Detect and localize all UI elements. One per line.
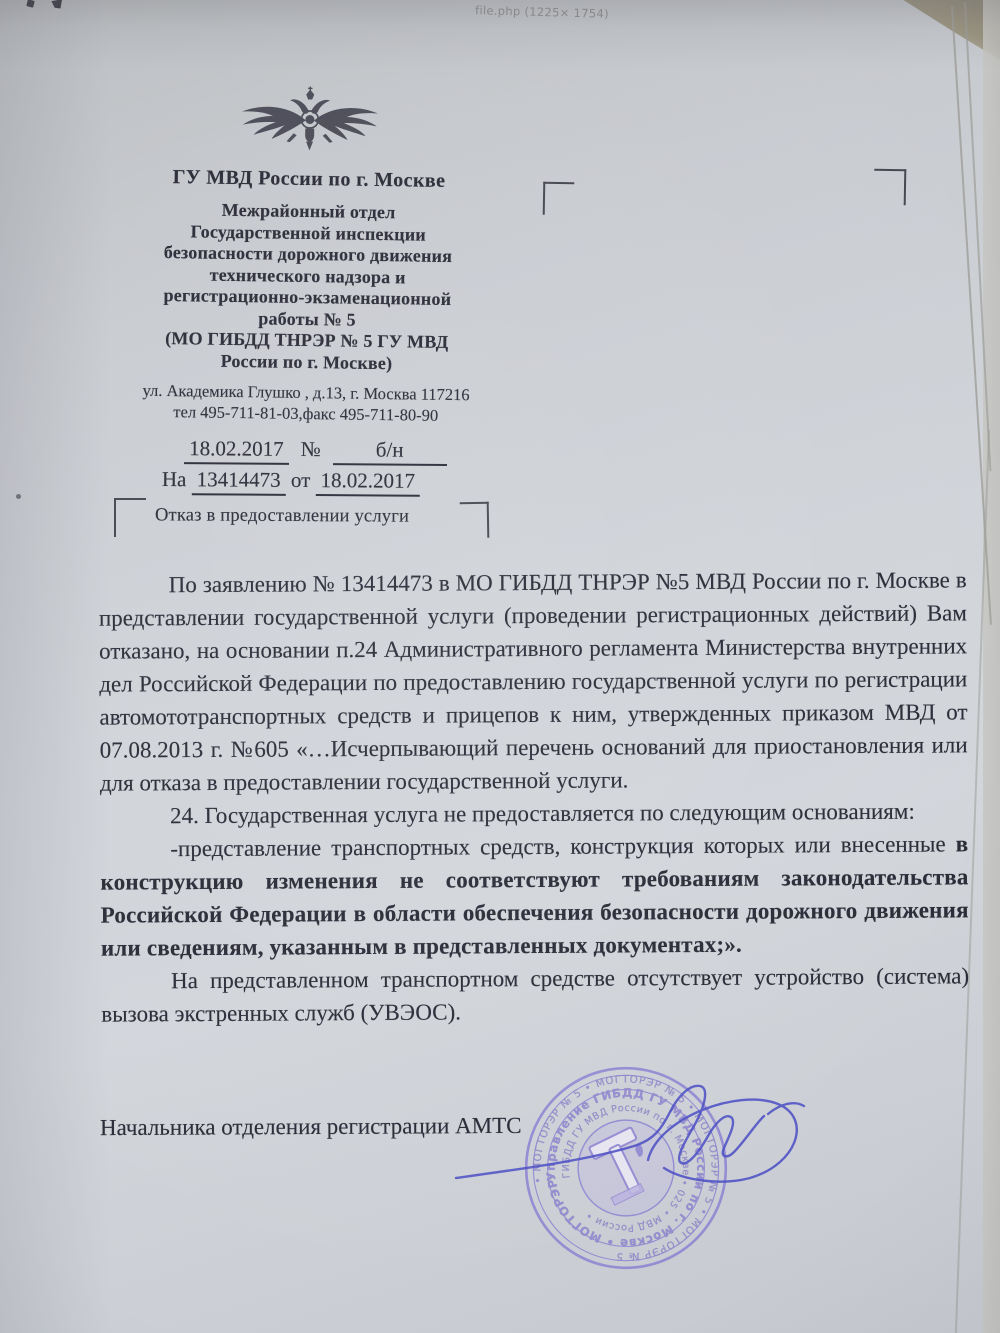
org-title: ГУ МВД России по г. Москве (89, 165, 529, 194)
addressee-corner-bracket (874, 169, 907, 206)
incoming-number: 13414473 (192, 466, 286, 496)
outgoing-ref-row: 18.02.2017№б/н (184, 435, 528, 466)
reference-block: 18.02.2017№б/н На 13414473 от 18.02.2017 (88, 434, 528, 497)
corner-bracket (460, 502, 490, 539)
number-sign: № (301, 437, 321, 461)
addressee-corner-bracket (543, 182, 575, 216)
paragraph-4: На представленном транспортном средстве … (101, 959, 969, 1030)
incoming-ref-row: На 13414473 от 18.02.2017 (162, 466, 528, 498)
incoming-date: 18.02.2017 (315, 467, 420, 497)
ink-speck (16, 494, 21, 499)
outgoing-date: 18.02.2017 (184, 435, 289, 465)
handwritten-signature-ink (438, 1060, 833, 1235)
paragraph-1: По заявлению № 13414473 в МО ГИБДД ТНРЭР… (99, 563, 968, 799)
paragraph-3-normal: -представление транспортных средств, кон… (170, 831, 956, 861)
subject-line: Отказ в предоставлении услуги (155, 505, 409, 527)
corner-bracket (114, 498, 146, 537)
reply-prefix: На (162, 467, 187, 491)
outgoing-number: б/н (333, 436, 447, 466)
letter-body: По заявлению № 13414473 в МО ГИБДД ТНРЭР… (99, 563, 970, 1030)
department-name: Межрайонный отдел Государственной инспек… (86, 198, 528, 376)
reply-infix: от (291, 468, 311, 492)
paragraph-3: -представление транспортных средств, кон… (100, 827, 969, 964)
letterhead: ГУ МВД России по г. Москве Межрайонный о… (86, 81, 531, 427)
official-letter: ГУ МВД России по г. Москве Межрайонный о… (0, 0, 1000, 1333)
mvd-eagle-emblem-icon (234, 83, 385, 163)
paragraph-2: 24. Государственная услуга не предоставл… (100, 794, 968, 832)
contact-block: ул. Академика Глушко , д.13, г. Москва 1… (86, 379, 527, 427)
